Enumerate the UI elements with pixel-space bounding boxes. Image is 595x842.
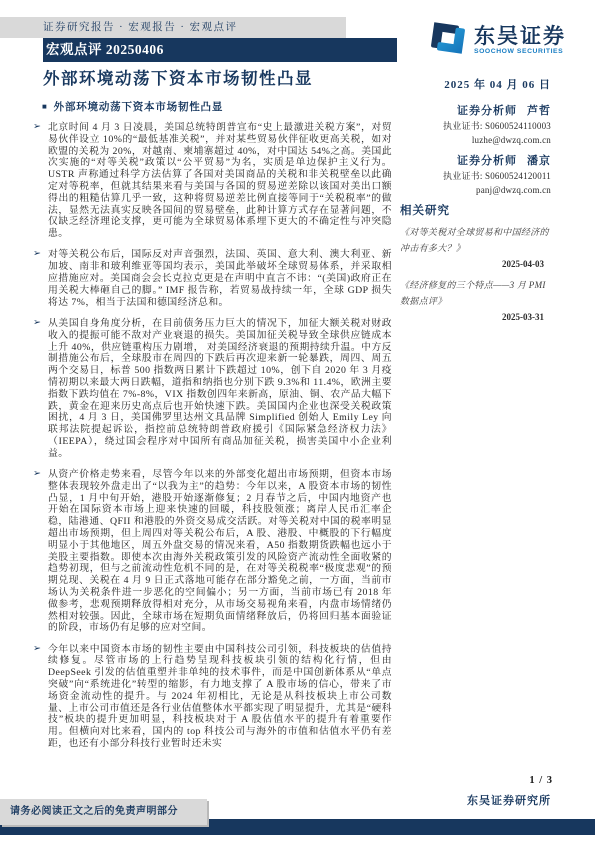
related-research-item: 《经济修复的三个特点——3 月 PMI 数据点评》 2025-03-31 (400, 278, 550, 322)
related-item-date: 2025-03-31 (400, 312, 550, 322)
report-date: 2025 年 04 月 06 日 (444, 76, 551, 92)
related-item-title: 《对等关税对全球贸易和中国经济的冲击有多大？》 (400, 225, 550, 256)
paragraph-text: 今年以来中国资本市场的韧性主要由中国科技公司引领，科技板块的估值持续修复。尽管市… (48, 644, 392, 750)
section-heading: ■ 外部环境动荡下资本市场韧性凸显 (33, 99, 392, 114)
analyst-license-line: 执业证书: S0600524120011 (443, 170, 551, 184)
page-number: 1 / 3 (529, 775, 553, 786)
paragraph-text: 从资产价格走势来看，尽管今年以来的外部变化超出市场预期，但资本市场整体表现较外盘… (48, 469, 392, 634)
arrow-bullet-icon: ➢ (33, 249, 48, 308)
related-research-item: 《对等关税对全球贸易和中国经济的冲击有多大？》 2025-04-03 (400, 225, 550, 269)
analyst-name-line: 证券分析师芦哲 (443, 102, 551, 118)
body-paragraph: ➢ 对等关税公布后，国际反对声音强烈，法国、英国、意大利、澳大利亚、新加坡、南非… (33, 249, 392, 308)
analyst-email: panj@dwzq.com.cn (443, 184, 551, 198)
section-heading-text: 外部环境动荡下资本市场韧性凸显 (54, 99, 224, 114)
analyst-name: 芦哲 (527, 105, 551, 117)
brand-name-cn: 东吴证券 (474, 26, 566, 47)
report-page: 证券研究报告 · 宏观报告 · 宏观点评 宏观点评 20250406 外部环境动… (0, 0, 595, 842)
analyst-block: 证券分析师芦哲 执业证书: S0600524110003 luzhe@dwzq.… (443, 102, 551, 202)
license-label: 执业证书: (443, 171, 483, 181)
body-paragraph: ➢ 从美国自身角度分析，在目前债务压力巨大的情况下，加征大额关税对财政收入的提振… (33, 318, 392, 460)
disclaimer-note: 请务必阅读正文之后的免责声明部分 (0, 799, 207, 825)
report-body: ■ 外部环境动荡下资本市场韧性凸显 ➢ 北京时间 4 月 3 日凌晨，美国总统特… (33, 99, 392, 759)
analyst-role: 证券分析师 (457, 105, 517, 117)
related-research: 相关研究 《对等关税对全球贸易和中国经济的冲击有多大？》 2025-04-03 … (400, 202, 550, 331)
related-item-title: 《经济修复的三个特点——3 月 PMI 数据点评》 (400, 278, 550, 309)
analyst-name-line: 证券分析师潘京 (443, 152, 551, 168)
arrow-bullet-icon: ➢ (33, 318, 48, 460)
analyst-entry: 证券分析师芦哲 执业证书: S0600524110003 luzhe@dwzq.… (443, 102, 551, 147)
license-label: 执业证书: (443, 121, 483, 131)
analyst-entry: 证券分析师潘京 执业证书: S0600524120011 panj@dwzq.c… (443, 152, 551, 197)
analyst-email: luzhe@dwzq.com.cn (443, 134, 551, 148)
body-paragraph: ➢ 从资产价格走势来看，尽管今年以来的外部变化超出市场预期，但资本市场整体表现较… (33, 469, 392, 634)
page-title: 外部环境动荡下资本市场韧性凸显 (43, 65, 313, 89)
institute-name: 东吴证券研究所 (467, 792, 551, 808)
square-bullet-icon: ■ (42, 103, 48, 111)
paragraph-text: 北京时间 4 月 3 日凌晨，美国总统特朗普宣布“史上最激进关税方案”，对贸易伙… (48, 122, 392, 240)
license-number: S0600524110003 (485, 121, 551, 131)
analyst-license-line: 执业证书: S0600524110003 (443, 120, 551, 134)
brand-logo: 东吴证券 SOOCHOW SECURITIES (427, 17, 566, 64)
analyst-role: 证券分析师 (457, 155, 517, 167)
report-tag-bar: 宏观点评 20250406 (43, 38, 397, 62)
breadcrumb: 证券研究报告 · 宏观报告 · 宏观点评 (0, 17, 346, 38)
arrow-bullet-icon: ➢ (33, 469, 48, 634)
body-paragraph: ➢ 北京时间 4 月 3 日凌晨，美国总统特朗普宣布“史上最激进关税方案”，对贸… (33, 122, 392, 240)
soochow-logo-icon (427, 17, 469, 64)
related-research-heading: 相关研究 (400, 202, 550, 218)
arrow-bullet-icon: ➢ (33, 122, 48, 240)
arrow-bullet-icon: ➢ (33, 644, 48, 750)
related-item-date: 2025-04-03 (400, 259, 550, 269)
body-paragraph: ➢ 今年以来中国资本市场的韧性主要由中国科技公司引领，科技板块的估值持续修复。尽… (33, 644, 392, 750)
paragraph-text: 从美国自身角度分析，在目前债务压力巨大的情况下，加征大额关税对财政收入的提振可能… (48, 318, 392, 460)
license-number: S0600524120011 (485, 171, 551, 181)
paragraph-text: 对等关税公布后，国际反对声音强烈，法国、英国、意大利、澳大利亚、新加坡、南非和玻… (48, 249, 392, 308)
analyst-name: 潘京 (527, 155, 551, 167)
brand-name-en: SOOCHOW SECURITIES (474, 49, 566, 56)
